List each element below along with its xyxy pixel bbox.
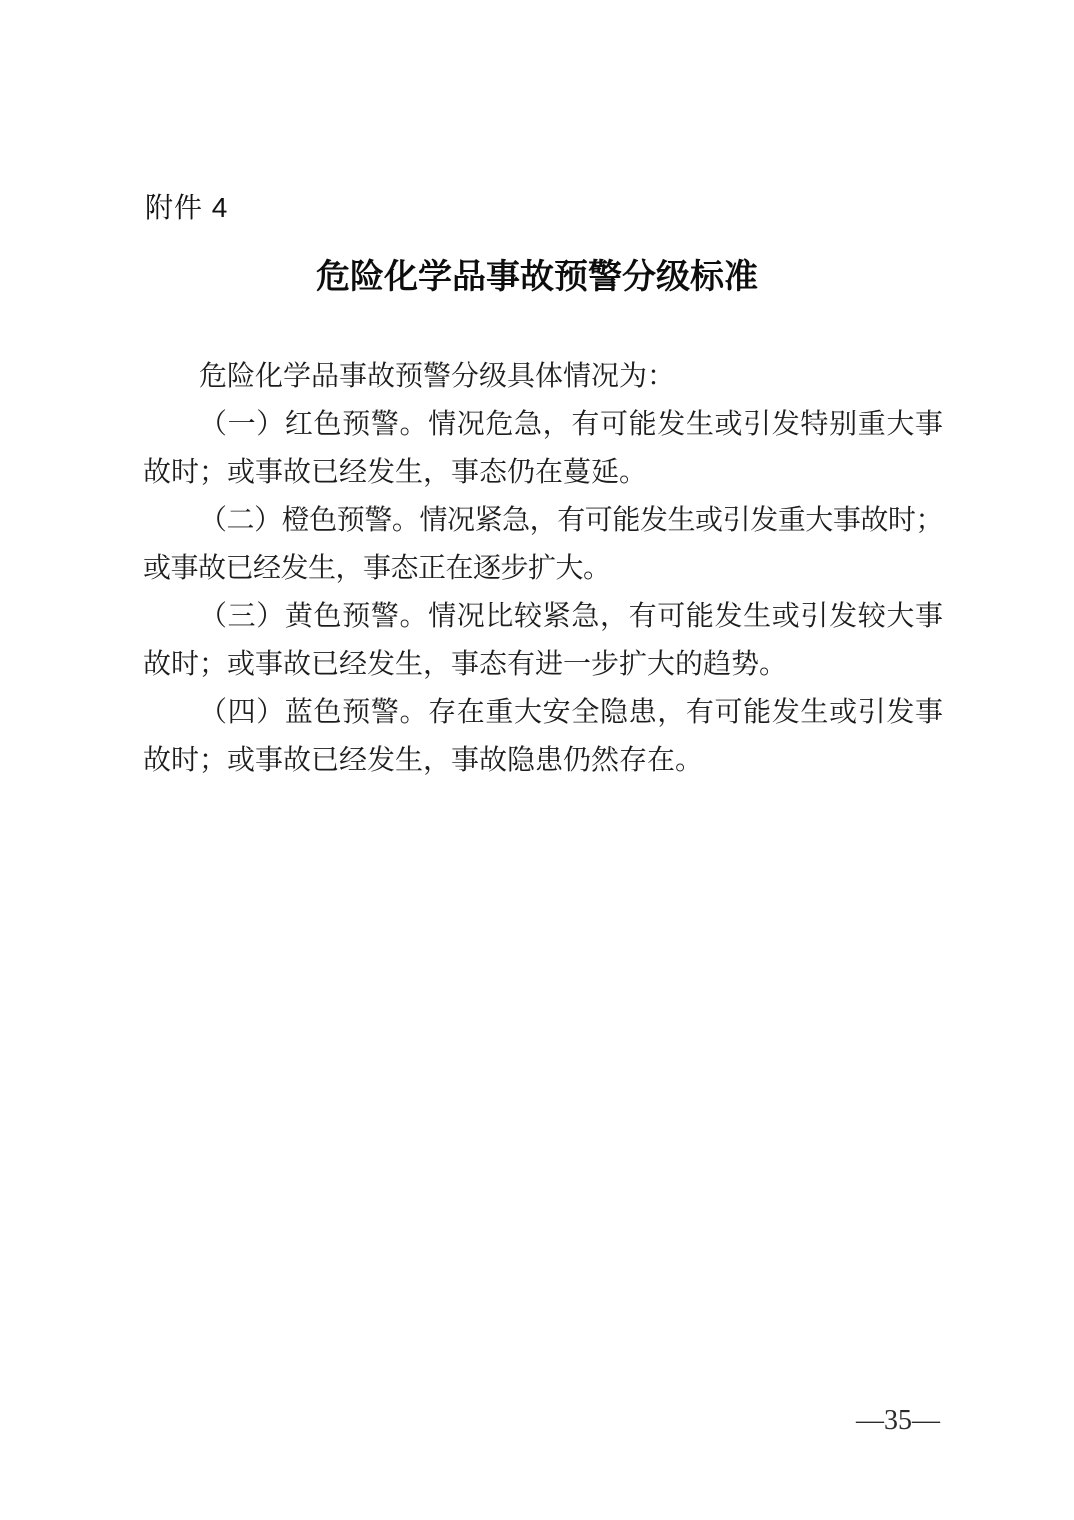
page-number: —35— bbox=[856, 1404, 940, 1438]
document-page: 附件 4 危险化学品事故预警分级标准 危险化学品事故预警分级具体情况为： （一）… bbox=[0, 0, 1074, 1520]
page-title: 危险化学品事故预警分级标准 bbox=[0, 256, 1074, 300]
paragraph-orange-warning: （二）橙色预警。情况紧急，有可能发生或引发重大事故时；或事故已经发生，事态正在逐… bbox=[143, 497, 943, 593]
paragraph-red-warning: （一）红色预警。情况危急，有可能发生或引发特别重大事故时；或事故已经发生，事态仍… bbox=[143, 401, 943, 497]
paragraph-yellow-warning: （三）黄色预警。情况比较紧急，有可能发生或引发较大事故时；或事故已经发生，事态有… bbox=[143, 593, 943, 689]
paragraph-blue-warning: （四）蓝色预警。存在重大安全隐患，有可能发生或引发事故时；或事故已经发生，事故隐… bbox=[143, 689, 943, 785]
attachment-label: 附件 4 bbox=[145, 191, 228, 225]
document-body: 危险化学品事故预警分级具体情况为： （一）红色预警。情况危急，有可能发生或引发特… bbox=[143, 353, 943, 785]
paragraph-intro: 危险化学品事故预警分级具体情况为： bbox=[143, 353, 943, 401]
